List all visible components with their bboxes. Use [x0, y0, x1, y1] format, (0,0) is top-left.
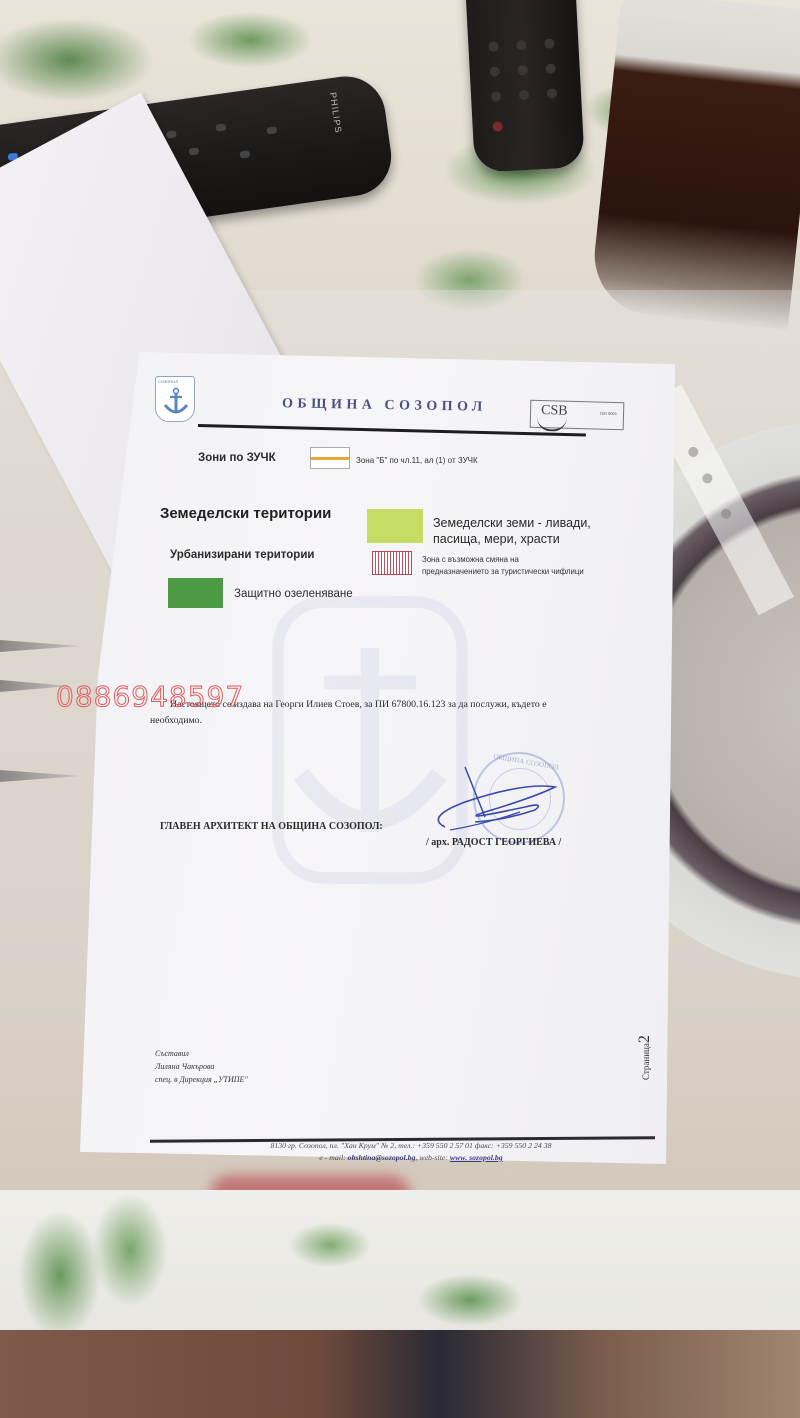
compiled-by-line: Лиляна Чакърова: [155, 1060, 248, 1073]
compiled-by-line: Съставил: [155, 1047, 248, 1060]
punch-hole: [719, 507, 733, 521]
remote-button: [189, 147, 200, 155]
sozopol-crest-logo: СОЗОПОЛ: [155, 376, 195, 422]
zone-b-description: Зона "Б" по чл.11, ал (1) от ЗУЧК: [356, 456, 478, 465]
second-remote-control: [465, 0, 585, 173]
agri-desc-line: пасища, мери, храсти: [433, 531, 591, 547]
footer-email-line: e - mail: obshtina@sozopol.bg, web-site:…: [196, 1152, 626, 1164]
remote-brand-label: PHILIPS: [328, 92, 344, 135]
csb-certification-logo: CSB ISO 9001: [530, 400, 625, 430]
punch-hole: [687, 445, 701, 459]
hatch-desc-line: предназначението за туристически чифлици: [422, 566, 584, 578]
remote-button: [239, 150, 250, 158]
page-number-label: Страница2: [636, 1035, 654, 1080]
zones-heading: Зони по ЗУЧК: [198, 452, 276, 464]
chief-architect-label: ГЛАВЕН АРХИТЕКТ НА ОБЩИНА СОЗОПОЛ:: [160, 821, 383, 832]
remote-button: [215, 123, 226, 131]
floor-rug: [0, 1330, 800, 1418]
hatched-zone-swatch: [372, 551, 412, 575]
compiled-by-line: спец. в Дирекция „УТИПЕ": [155, 1073, 248, 1086]
signature-icon: [425, 762, 575, 842]
agricultural-territories-heading: Земеделски територии: [160, 505, 331, 522]
chief-architect-name: / арх. РАДОСТ ГЕОРГИЕВА /: [426, 837, 561, 848]
agri-desc-line: Земеделски земи - ливади,: [433, 515, 591, 531]
tablecloth: [0, 1190, 800, 1330]
remote-key: [544, 38, 555, 49]
zone-b-swatch: [310, 447, 350, 469]
remote-key: [488, 41, 499, 52]
agricultural-description: Земеделски земи - ливади, пасища, мери, …: [433, 515, 591, 547]
cert-text: ISO 9001: [600, 411, 617, 416]
power-key: [492, 121, 503, 132]
phone-number-watermark: 0886948597: [56, 680, 244, 713]
remote-key: [516, 40, 527, 51]
punch-hole: [701, 472, 715, 486]
remote-key: [517, 65, 528, 76]
remote-key: [519, 90, 530, 101]
remote-button: [166, 130, 177, 138]
footer-email: obshtina@sozopol.bg: [348, 1153, 416, 1162]
crest-label: СОЗОПОЛ: [158, 379, 178, 384]
glass-of-drink: [589, 0, 800, 330]
remote-key: [547, 88, 558, 99]
agricultural-swatch: [367, 509, 423, 543]
hatch-desc-line: Зона с възможна смяна на: [422, 554, 584, 566]
footer-website-link: www. sozopol.bg: [450, 1153, 503, 1162]
page-number: 2: [636, 1035, 653, 1043]
protective-greening-swatch: [168, 578, 223, 608]
remote-key: [490, 66, 501, 77]
hatched-zone-description: Зона с възможна смяна на предназначениет…: [422, 554, 584, 578]
page-word: Страница: [641, 1043, 651, 1080]
remote-key: [545, 63, 556, 74]
compiled-by-block: Съставил Лиляна Чакърова спец. в Дирекци…: [155, 1047, 248, 1086]
remote-button: [266, 126, 277, 134]
remote-key: [491, 91, 502, 102]
protective-greening-label: Защитно озеленяване: [234, 588, 353, 600]
anchor-icon: [162, 387, 190, 417]
email-prefix: e - mail:: [319, 1153, 347, 1162]
urbanized-territories-heading: Урбанизирани територии: [170, 549, 314, 561]
footer-address-line: 8130 гр. Созопол, пл. "Хан Крум" № 2, те…: [196, 1140, 626, 1152]
website-prefix: , web-site:: [415, 1153, 449, 1162]
footer-contact: 8130 гр. Созопол, пл. "Хан Крум" № 2, те…: [196, 1140, 626, 1164]
